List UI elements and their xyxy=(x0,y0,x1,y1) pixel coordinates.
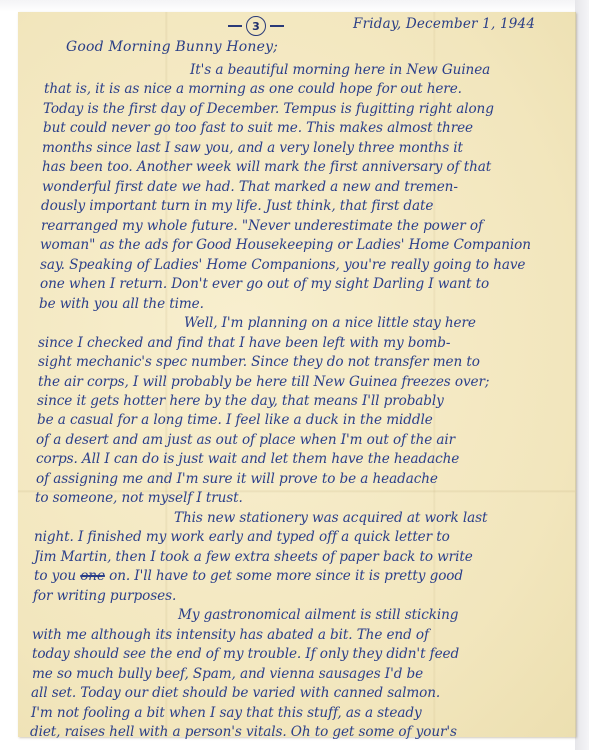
letter-line: to someone, not myself I trust. xyxy=(35,490,243,506)
letter-line: dously important turn in my life. Just t… xyxy=(41,198,433,214)
letter-line: the air corps, I will probably be here t… xyxy=(38,374,489,390)
letter-line: to you one on. I'll have to get some mor… xyxy=(34,568,463,584)
letter-line: but could never go too fast to suit me. … xyxy=(43,120,473,136)
letter-line: of assigning me and I'm sure it will pro… xyxy=(36,471,438,487)
letter-line: Today is the first day of December. Temp… xyxy=(43,101,494,117)
letter-line: me so much bully beef, Spam, and vienna … xyxy=(32,666,423,682)
letter-line: months since last I saw you, and a very … xyxy=(42,140,463,156)
letter-line: corps. All I can do is just wait and let… xyxy=(36,451,459,467)
letter-line: It's a beautiful morning here in New Gui… xyxy=(190,62,490,78)
letter-line: since I checked and find that I have bee… xyxy=(38,335,450,351)
letter-line: This new stationery was acquired at work… xyxy=(174,510,487,526)
letter-line: Jim Martin, then I took a few extra shee… xyxy=(34,549,473,565)
scan-edge xyxy=(575,0,589,750)
letter-page: 3 Friday, December 1, 1944 Good Morning … xyxy=(18,12,576,737)
letter-line: My gastronomical ailment is still sticki… xyxy=(178,607,458,623)
letter-line: for writing purposes. xyxy=(33,588,176,604)
letter-line: be a casual for a long time. I feel like… xyxy=(37,412,433,428)
letter-line: all set. Today our diet should be varied… xyxy=(31,685,440,701)
struck-out-word: one xyxy=(80,568,105,584)
letter-line: wonderful first date we had. That marked… xyxy=(42,179,458,195)
letter-line: sight mechanic's spec number. Since they… xyxy=(38,354,480,370)
letter-line: say. Speaking of Ladies' Home Companions… xyxy=(40,257,525,273)
letter-line: Well, I'm planning on a nice little stay… xyxy=(184,315,476,331)
letter-line: night. I finished my work early and type… xyxy=(34,529,450,545)
letter-line: woman" as the ads for Good Housekeeping … xyxy=(40,237,531,253)
letter-line: with me although its intensity has abate… xyxy=(32,627,429,643)
letter-body: It's a beautiful morning here in New Gui… xyxy=(18,12,575,737)
letter-line: be with you all the time. xyxy=(39,296,204,312)
letter-line: one when I return. Don't ever go out of … xyxy=(40,276,489,292)
letter-line: diet, raises hell with a person's vitals… xyxy=(30,724,457,740)
letter-line: rearranged my whole future. "Never under… xyxy=(41,218,483,234)
letter-line: of a desert and am just as out of place … xyxy=(36,432,455,448)
letter-line: today should see the end of my trouble. … xyxy=(32,646,459,662)
letter-line: I'm not fooling a bit when I say that th… xyxy=(31,705,422,721)
letter-line: has been too. Another week will mark the… xyxy=(42,159,491,175)
letter-line: since it gets hotter here by the day, th… xyxy=(37,393,444,409)
letter-line: that is, it is as nice a morning as one … xyxy=(44,81,462,97)
